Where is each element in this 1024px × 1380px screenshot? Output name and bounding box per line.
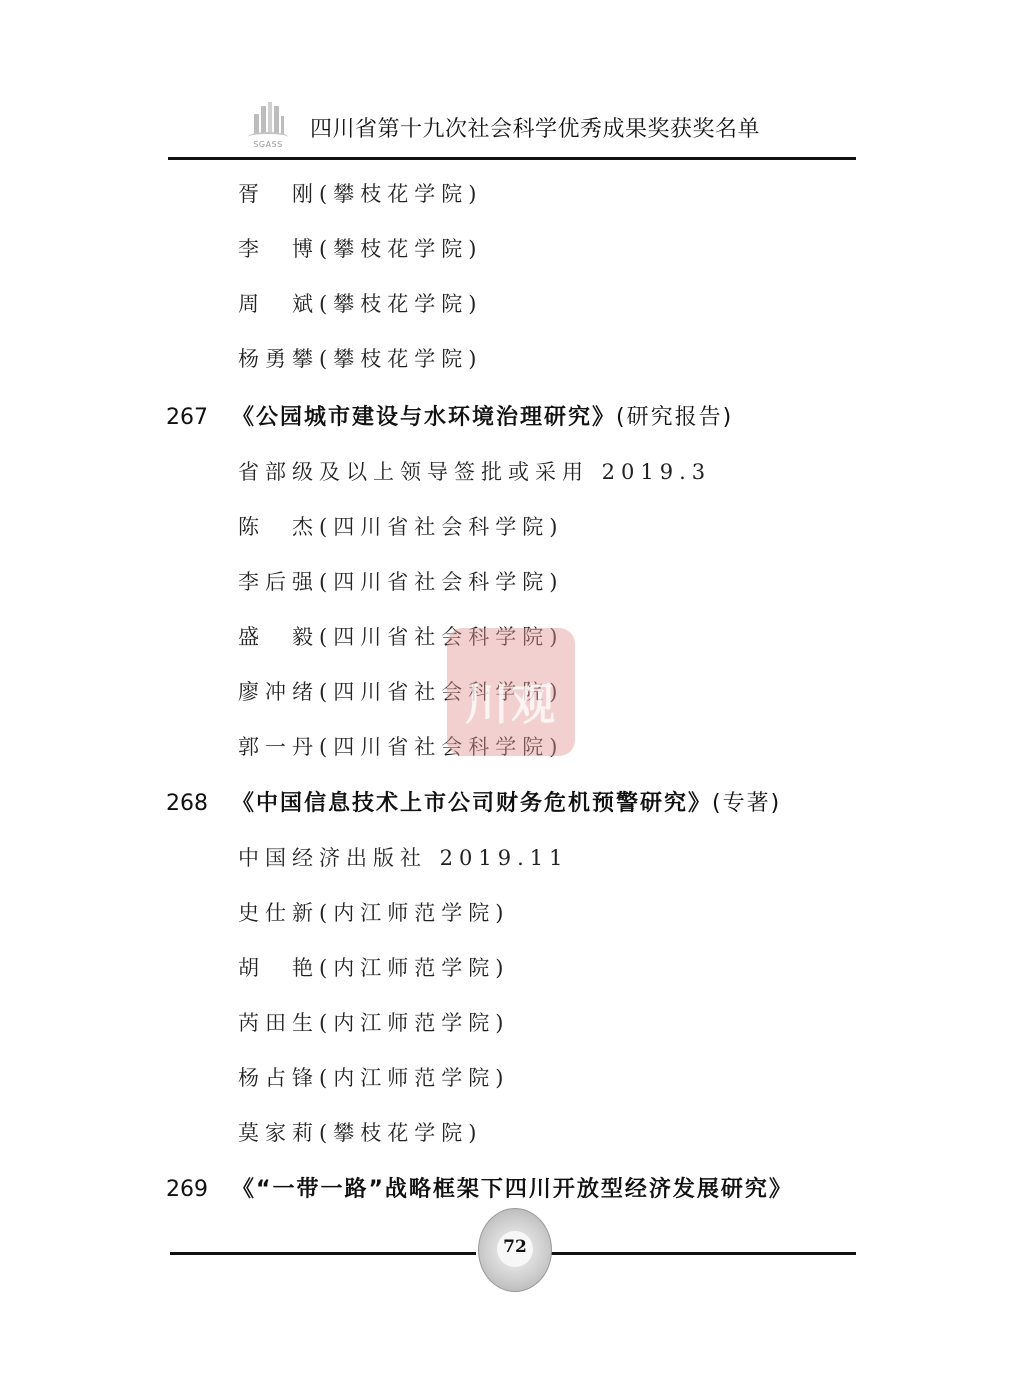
watermark-badge: 川观 bbox=[447, 628, 575, 756]
entry-work-title: 《公园城市建设与水环境治理研究》 bbox=[232, 405, 616, 430]
page-number: 72 bbox=[479, 1237, 551, 1257]
author-line: 陈 杰(四川省社会科学院) bbox=[238, 511, 563, 541]
entry-title-269: 269《“一带一路”战略框架下四川开放型经济发展研究》 bbox=[166, 1172, 793, 1203]
footer-divider-right bbox=[550, 1252, 856, 1255]
page-number-medallion-icon: 72 bbox=[478, 1208, 552, 1292]
entry-work-type: (研究报告) bbox=[616, 405, 733, 430]
author-line: 杨勇攀(攀枝花学院) bbox=[238, 343, 482, 373]
author-line: 芮田生(内江师范学院) bbox=[238, 1007, 509, 1037]
entry-title-267: 267《公园城市建设与水环境治理研究》(研究报告) bbox=[166, 400, 733, 431]
watermark-text: 川观 bbox=[447, 668, 575, 732]
entry-work-type: (专著) bbox=[712, 791, 781, 816]
author-line: 李后强(四川省社会科学院) bbox=[238, 566, 563, 596]
author-line: 周 斌(攀枝花学院) bbox=[238, 288, 482, 318]
author-line: 莫家莉(攀枝花学院) bbox=[238, 1117, 482, 1147]
entry-number: 268 bbox=[166, 791, 232, 816]
entry-work-title: 《“一带一路”战略框架下四川开放型经济发展研究》 bbox=[232, 1177, 793, 1202]
author-line: 胥 刚(攀枝花学院) bbox=[238, 178, 482, 208]
page-title: 四川省第十九次社会科学优秀成果奖获奖名单 bbox=[310, 112, 760, 143]
page-header: SGASS 四川省第十九次社会科学优秀成果奖获奖名单 bbox=[168, 98, 856, 160]
entry-title-268: 268《中国信息技术上市公司财务危机预警研究》(专著) bbox=[166, 786, 781, 817]
sgass-logo-icon: SGASS bbox=[246, 102, 290, 154]
entry-number: 269 bbox=[166, 1177, 232, 1202]
header-divider bbox=[168, 157, 856, 160]
publisher-line: 省部级及以上领导签批或采用 2019.3 bbox=[238, 456, 711, 486]
entry-number: 267 bbox=[166, 405, 232, 430]
author-line: 胡 艳(内江师范学院) bbox=[238, 952, 509, 982]
footer-divider-left bbox=[170, 1252, 476, 1255]
author-line: 杨占锋(内江师范学院) bbox=[238, 1062, 509, 1092]
author-line: 李 博(攀枝花学院) bbox=[238, 233, 482, 263]
entry-work-title: 《中国信息技术上市公司财务危机预警研究》 bbox=[232, 791, 712, 816]
logo-text: SGASS bbox=[246, 140, 290, 149]
publisher-line: 中国经济出版社 2019.11 bbox=[238, 842, 569, 872]
author-line: 史仕新(内江师范学院) bbox=[238, 897, 509, 927]
